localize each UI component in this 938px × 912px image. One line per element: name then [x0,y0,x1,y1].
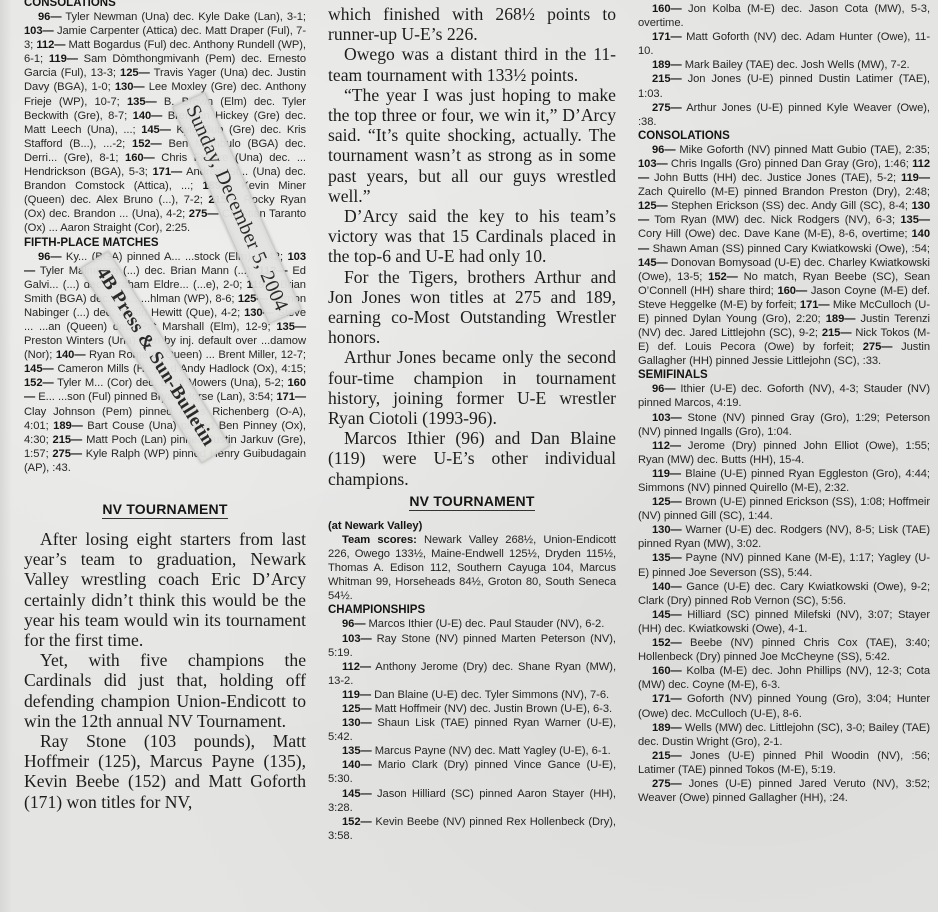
match-result: Ithier (U-E) dec. Goforth (NV), 4-3; Sta… [638,383,930,409]
match-result: Zach Quirello (M-E) pinned Brandon Prest… [638,186,930,198]
weight-class: 96— [342,618,365,630]
result-entry: 275— Jones (U-E) pinned Jared Veruto (NV… [638,777,930,805]
match-result: Wells (MW) dec. Littlejohn (SC), 3-0; Ba… [638,722,930,748]
weight-class: 96— [38,11,61,23]
result-entry: 171— Matt Goforth (NV) dec. Adam Hunter … [638,30,930,58]
weight-class: 215— [652,73,682,85]
story-body-part-1: After losing eight starters from last ye… [24,529,306,812]
weight-class: 275— [652,102,682,114]
weight-class: 189— [652,722,682,734]
result-entry: 119— Dan Blaine (U-E) dec. Tyler Simmons… [328,688,616,702]
match-result: Blaine (U-E) pinned Ryan Eggleston (Gro)… [638,468,930,494]
weight-class: 119— [49,53,78,65]
match-result: Marcus Payne (NV) dec. Matt Yagley (U-E)… [372,745,611,757]
semifinal-results: 96— Ithier (U-E) dec. Goforth (NV), 4-3;… [638,382,930,805]
story-paragraph: Marcos Ithier (96) and Dan Blaine (119) … [328,428,616,489]
weight-class: 135— [652,552,682,564]
match-result: Ray Stone (NV) pinned Marten Peterson (N… [328,633,616,659]
weight-class: 125— [342,703,372,715]
result-entry: 135— Payne (NV) pinned Kane (M-E), 1:17;… [638,551,930,579]
column-2: which finished with 268½ points to runne… [328,4,616,843]
match-result: Mike Goforth (NV) pinned Matt Gubio (TAE… [675,144,930,156]
match-result: Tyler Malmberg (...) dec. Brian Mann (..… [35,265,258,277]
weight-class: 103— [24,25,54,37]
weight-class: 171— [276,391,306,403]
weight-class: 275— [189,208,219,220]
match-result: Tom Ryan (MW) dec. Nick Rodgers (NV), 6-… [649,214,900,226]
result-entry: 145— Hilliard (SC) pinned Milefski (NV),… [638,608,930,636]
match-result: Jason Hilliard (SC) pinned Aaron Stayer … [328,788,616,814]
story-paragraph: “The year I was just hoping to make the … [328,85,616,206]
weight-class: 96— [652,383,675,395]
weight-class: 152— [342,816,372,828]
story-paragraph: Arthur Jones became only the second four… [328,347,616,428]
championship-results: 96— Marcos Ithier (U-E) dec. Paul Staude… [328,617,616,843]
match-result: Brown (U-E) pinned Erickson (SS), 1:08; … [638,496,930,522]
result-entry: 112— Anthony Jerome (Dry) dec. Shane Rya… [328,660,616,688]
weight-class: 96— [38,251,61,263]
weight-class: 152— [132,138,162,150]
match-result: Jon Kolba (M-E) dec. Jason Cota (MW), 5-… [638,3,930,29]
weight-class: 103— [342,633,372,645]
weight-class: 119— [652,468,681,480]
story-paragraph: which finished with 268½ points to runne… [328,4,616,44]
story-paragraph: Yet, with five champions the Cardinals d… [24,650,306,731]
weight-class: 112— [652,440,681,452]
result-entry: 125— Brown (U-E) pinned Erickson (SS), 1… [638,495,930,523]
results-headline: NV TOURNAMENT [328,493,616,509]
weight-class: 103— [652,412,682,424]
weight-class: 140— [133,110,163,122]
result-entry: 160— Jon Kolba (M-E) dec. Jason Cota (MW… [638,2,930,30]
weight-class: 171— [152,166,182,178]
result-entry: 140— Mario Clark (Dry) pinned Vince Ganc… [328,758,616,786]
team-scores-label: Team scores: [342,534,417,546]
match-result: Matt Hoffmeir (NV) dec. Justin Brown (U-… [372,703,612,715]
weight-class: 160— [652,3,682,15]
weight-class: 125— [638,200,668,212]
result-entry: 112— Jerome (Dry) pinned John Elliot (Ow… [638,439,930,467]
consolations-heading-1: CONSOLATIONS [24,0,306,10]
match-result: John Butts (HH) dec. Justice Jones (TAE)… [649,172,901,184]
weight-class: 215— [652,750,682,762]
weight-class: 171— [652,31,682,43]
weight-class: 145— [652,609,682,621]
weight-class: 152— [24,377,54,389]
match-result: Beebe (NV) pinned Chris Cox (TAE), 3:40;… [638,637,930,663]
weight-class: 145— [24,363,54,375]
result-entry: 140— Gance (U-E) dec. Cary Kwiatkowski (… [638,580,930,608]
weight-class: 125— [120,67,150,79]
result-entry: 119— Blaine (U-E) pinned Ryan Eggleston … [638,467,930,495]
match-result: Arthur Jones (U-E) pinned Kyle Weaver (O… [638,102,930,128]
weight-class: 135— [276,321,306,333]
story-paragraph: After losing eight starters from last ye… [24,529,306,650]
match-result: Stone (NV) pinned Gray (Gro), 1:29; Pete… [638,412,930,438]
match-result: Shawn Aman (SS) pinned Cary Kwiatkowski … [649,243,930,255]
column-3: 160— Jon Kolba (M-E) dec. Jason Cota (MW… [638,2,930,805]
weight-class: 145— [141,124,171,136]
match-result: Cory Hill (Owe) dec. Dave Kane (M-E), 8-… [638,228,911,240]
weight-class: 215— [822,327,852,339]
weight-class: 140— [652,581,682,593]
result-entry: 125— Matt Hoffmeir (NV) dec. Justin Brow… [328,702,616,716]
match-result: Kolba (M-E) dec. John Phillips (NV), 12-… [638,665,930,691]
weight-class: 112— [342,661,371,673]
weight-class: 135— [342,745,372,757]
result-entry: 275— Arthur Jones (U-E) pinned Kyle Weav… [638,101,930,129]
weight-class: 152— [652,637,682,649]
team-scores: Team scores: Newark Valley 268½, Union-E… [328,533,616,603]
result-entry: 152— Kevin Beebe (NV) pinned Rex Hollenb… [328,815,616,843]
weight-class: 275— [52,448,82,460]
match-result: Payne (NV) pinned Kane (M-E), 1:17; Yagl… [638,552,930,578]
match-result: Chris Ingalls (Gro) pinned Dan Gray (Gro… [668,158,912,170]
result-entry: 130— Warner (U-E) dec. Rodgers (NV), 8-5… [638,523,930,551]
result-entry: 145— Jason Hilliard (SC) pinned Aaron St… [328,787,616,815]
weight-class: 160— [125,152,155,164]
match-result: Goforth (NV) pinned Young (Gro), 3:04; H… [638,693,930,719]
championship-results-cont: 160— Jon Kolba (M-E) dec. Jason Cota (MW… [638,2,930,129]
location-line: (at Newark Valley) [328,520,422,532]
weight-class: 140— [342,759,372,771]
match-result: Matt Goforth (NV) dec. Adam Hunter (Owe)… [638,31,930,57]
story-body-part-2: which finished with 268½ points to runne… [328,4,616,489]
weight-class: 96— [652,144,675,156]
result-entry: 189— Wells (MW) dec. Littlejohn (SC), 3-… [638,721,930,749]
consolations-heading-2: CONSOLATIONS [638,129,930,143]
result-entry: 160— Kolba (M-E) dec. John Phillips (NV)… [638,664,930,692]
match-result: Anthony Jerome (Dry) dec. Shane Ryan (MW… [328,661,616,687]
story-paragraph: For the Tigers, brothers Arthur and Jon … [328,267,616,348]
weight-class: 160— [652,665,682,677]
weight-class: 189— [652,59,682,71]
story-headline: NV TOURNAMENT [24,501,306,517]
match-result: Kevin Beebe (NV) pinned Rex Hollenbeck (… [328,816,616,842]
result-entry: 96— Ithier (U-E) dec. Goforth (NV), 4-3;… [638,382,930,410]
weight-class: 145— [638,257,668,269]
weight-class: 215— [53,434,83,446]
match-result: Gance (U-E) dec. Cary Kwiatkowski (Owe),… [638,581,930,607]
match-result: Jerome (Dry) pinned John Elliot (Owe), 1… [638,440,930,466]
story-paragraph: Ray Stone (103 pounds), Matt Hoffmeir (1… [24,731,306,812]
consolations-results-1: 96— Tyler Newman (Una) dec. Kyle Dake (L… [24,10,306,236]
story-paragraph: D’Arcy said the key to his team’s victor… [328,206,616,267]
weight-class: 171— [800,299,830,311]
match-result: Stephen Erickson (SS) dec. Andy Gill (SC… [668,200,912,212]
results-block: (at Newark Valley) Team scores: Newark V… [328,519,616,604]
result-entry: 135— Marcus Payne (NV) dec. Matt Yagley … [328,744,616,758]
weight-class: 103— [638,158,668,170]
weight-class: 130— [115,81,145,93]
championships-heading: CHAMPIONSHIPS [328,603,616,617]
weight-class: 119— [901,172,930,184]
weight-class: 130— [652,524,682,536]
match-result: Mark Bailey (TAE) dec. Josh Wells (MW), … [682,59,910,71]
weight-class: 130— [342,717,372,729]
semifinals-heading: SEMIFINALS [638,368,930,382]
weight-class: 119— [342,689,371,701]
result-entry: 96— Marcos Ithier (U-E) dec. Paul Staude… [328,617,616,631]
match-result: Tyler Newman (Una) dec. Kyle Dake (Lan),… [61,11,306,23]
weight-class: 171— [652,693,682,705]
weight-class: 189— [826,313,856,325]
match-result: Hilliard (SC) pinned Milefski (NV), 3:07… [638,609,930,635]
match-result: Dan Blaine (U-E) dec. Tyler Simmons (NV)… [371,689,609,701]
match-result: Warner (U-E) dec. Rodgers (NV), 8-5; Lis… [638,524,930,550]
weight-class: 275— [863,341,893,353]
consolations-paragraph: 96— Tyler Newman (Una) dec. Kyle Dake (L… [24,10,306,236]
result-entry: 152— Beebe (NV) pinned Chris Cox (TAE), … [638,636,930,664]
consolations-paragraph: 96— Mike Goforth (NV) pinned Matt Gubio … [638,143,930,369]
weight-class: 145— [342,788,372,800]
weight-class: 135— [127,96,157,108]
result-entry: 130— Shaun Lisk (TAE) pinned Ryan Warner… [328,716,616,744]
match-result: Jones (U-E) pinned Jared Veruto (NV), 3:… [638,778,930,804]
match-result: Jon Jones (U-E) pinned Dustin Latimer (T… [638,73,930,99]
story-paragraph: Owego was a distant third in the 11-team… [328,44,616,84]
weight-class: 189— [53,420,83,432]
result-entry: 171— Goforth (NV) pinned Young (Gro), 3:… [638,692,930,720]
weight-class: 135— [900,214,930,226]
weight-class: 275— [652,778,682,790]
consolations-results-2: 96— Mike Goforth (NV) pinned Matt Gubio … [638,143,930,369]
match-result: E... ...son (Ful) pinned Bryan Morse (La… [35,391,276,403]
weight-class: 112— [36,39,65,51]
weight-class: 160— [777,285,807,297]
match-result: Ryan Romero (Queen) ... Brent Miller, 12… [85,349,306,361]
result-entry: 215— Jones (U-E) pinned Phil Woodin (NV)… [638,749,930,777]
weight-class: 125— [652,496,682,508]
match-result: Shaun Lisk (TAE) pinned Ryan Warner (U-E… [328,717,616,743]
result-entry: 215— Jon Jones (U-E) pinned Dustin Latim… [638,72,930,100]
weight-class: 140— [56,349,86,361]
result-entry: 189— Mark Bailey (TAE) dec. Josh Wells (… [638,58,930,72]
match-result: Mario Clark (Dry) pinned Vince Gance (U-… [328,759,616,785]
weight-class: 152— [708,271,738,283]
match-result: Jones (U-E) pinned Phil Woodin (NV), :56… [638,750,930,776]
page-edge-shadow [0,0,12,912]
result-entry: 103— Stone (NV) pinned Gray (Gro), 1:29;… [638,411,930,439]
result-entry: 103— Ray Stone (NV) pinned Marten Peters… [328,632,616,660]
match-result: Marcos Ithier (U-E) dec. Paul Stauder (N… [365,618,604,630]
